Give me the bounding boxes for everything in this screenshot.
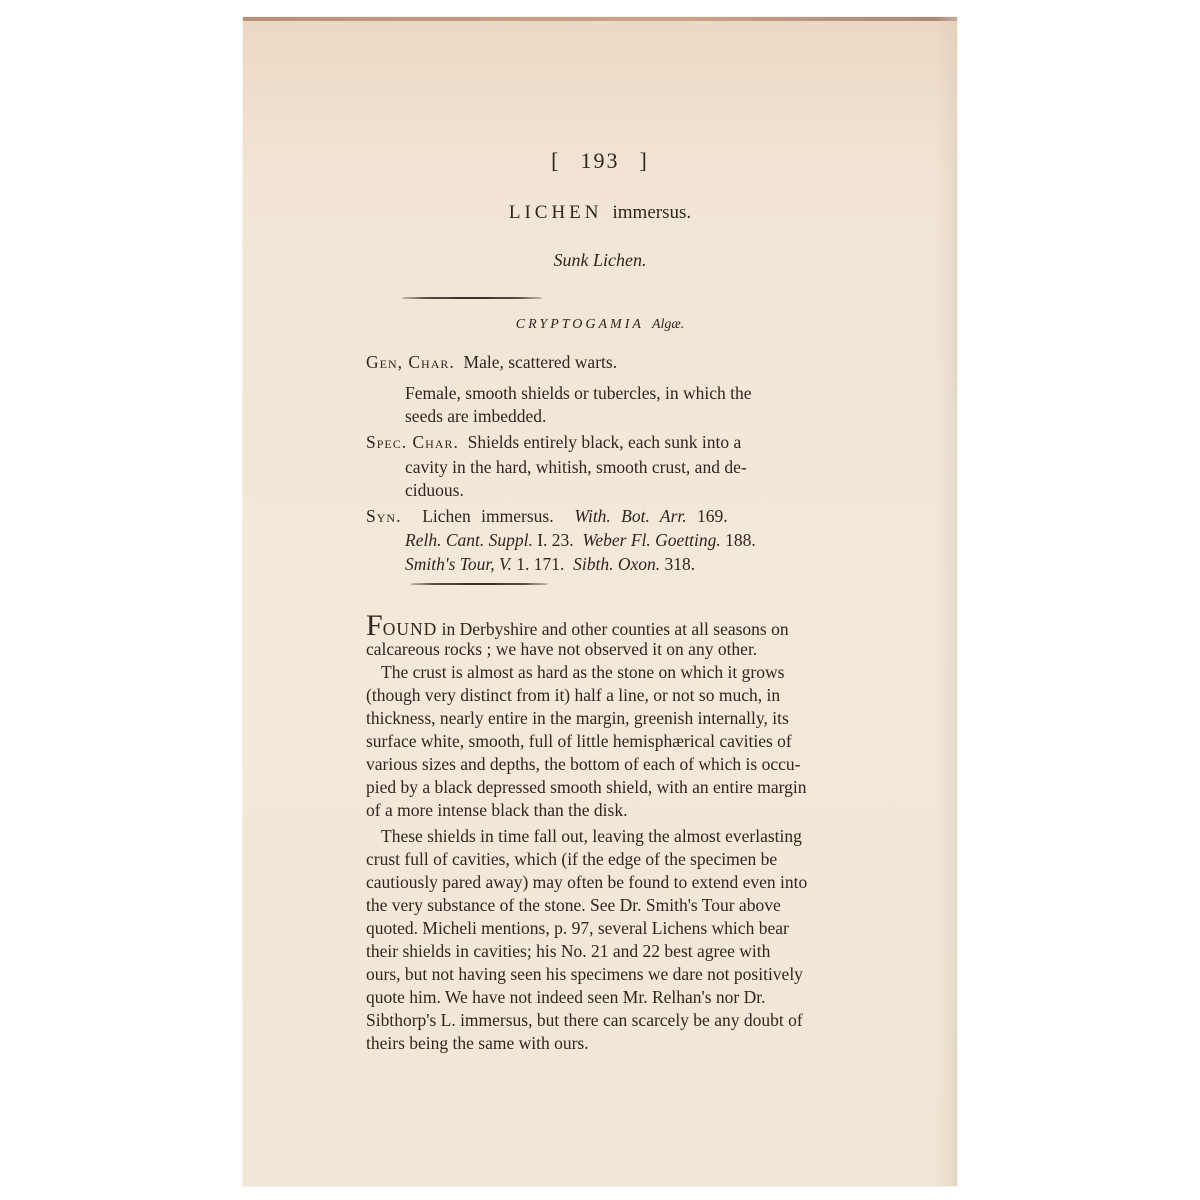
- body-para-2-line-6: pied by a black depressed smooth shield,…: [366, 775, 806, 799]
- body-para-3-line-3: cautiously pared away) may often be foun…: [366, 870, 807, 894]
- body-para-2-line-4: surface white, smooth, full of little he…: [366, 729, 792, 753]
- body-para-2-line-1: The crust is almost as hard as the stone…: [381, 660, 784, 684]
- spec-char-line-2: cavity in the hard, whitish, smooth crus…: [405, 455, 747, 479]
- body-para-3-line-4: the very substance of the stone. See Dr.…: [366, 893, 781, 917]
- divider-rule: [402, 297, 542, 299]
- body-para-3-line-9: Sibthorp's L. immersus, but there can sc…: [366, 1008, 803, 1032]
- synonym-line-2: Relh. Cant. Suppl. I. 23. Weber Fl. Goet…: [405, 528, 756, 552]
- page-number: [193]: [243, 148, 957, 174]
- common-name: Sunk Lichen.: [243, 250, 957, 271]
- body-para-3-line-2: crust full of cavities, which (if the ed…: [366, 847, 777, 871]
- body-para-2-line-2: (though very distinct from it) half a li…: [366, 683, 780, 707]
- body-para-1-line-2: calcareous rocks ; we have not observed …: [366, 637, 757, 661]
- body-para-2-line-7: of a more intense black than the disk.: [366, 798, 627, 822]
- body-para-3-line-6: their shields in cavities; his No. 21 an…: [366, 939, 770, 963]
- synonym-line-3: Smith's Tour, V. 1. 171. Sibth. Oxon. 31…: [405, 552, 695, 576]
- spec-char-label: Spec. Char.: [366, 432, 459, 452]
- body-para-3-line-5: quoted. Micheli mentions, p. 97, several…: [366, 916, 789, 940]
- genus-name: LICHEN: [509, 202, 603, 223]
- species-epithet: immersus.: [613, 202, 692, 223]
- species-title: LICHENimmersus.: [243, 202, 957, 224]
- syn-label: Syn.: [366, 506, 401, 526]
- spec-char-line-3: ciduous.: [405, 478, 464, 502]
- gen-char-line-3: seeds are imbedded.: [405, 404, 546, 428]
- gen-char-line-2: Female, smooth shields or tubercles, in …: [405, 381, 752, 405]
- synonym-line-1: Syn. Lichen immersus. With. Bot. Arr. 16…: [366, 504, 728, 528]
- gen-char-label: Gen, Char.: [366, 352, 455, 372]
- gen-char-line-1: Gen, Char. Male, scattered warts.: [366, 350, 617, 374]
- body-para-3-line-1: These shields in time fall out, leaving …: [381, 824, 802, 848]
- classification: CRYPTOGAMIAAlgæ.: [243, 317, 957, 333]
- book-page: [193] LICHENimmersus. Sunk Lichen. CRYPT…: [243, 17, 957, 1186]
- body-para-2-line-5: various sizes and depths, the bottom of …: [366, 752, 800, 776]
- body-para-3-line-7: ours, but not having seen his specimens …: [366, 962, 803, 986]
- body-para-2-line-3: thickness, nearly entire in the margin, …: [366, 706, 789, 730]
- spec-char-line-1: Spec. Char. Shields entirely black, each…: [366, 430, 741, 454]
- body-para-3-line-8: quote him. We have not indeed seen Mr. R…: [366, 985, 765, 1009]
- body-para-3-line-10: theirs being the same with ours.: [366, 1031, 589, 1055]
- divider-rule: [410, 583, 548, 585]
